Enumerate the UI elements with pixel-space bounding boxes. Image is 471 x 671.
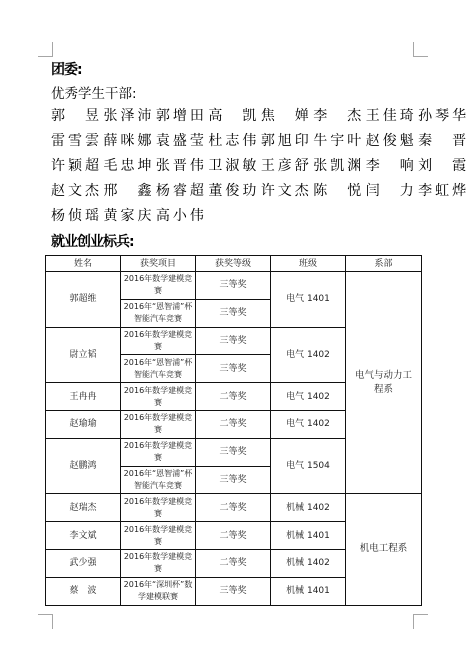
student-name: 李 响 xyxy=(366,155,414,177)
cell-class: 机械 1401 xyxy=(271,577,346,605)
student-name: 许文杰 xyxy=(261,180,309,202)
cell-project: 2016年数学建模竞赛 xyxy=(121,383,196,411)
cell-class: 机械 1402 xyxy=(271,494,346,522)
header-project: 获奖项目 xyxy=(121,256,196,272)
student-name: 郭增田 xyxy=(156,105,204,127)
student-name: 张凯渊 xyxy=(313,155,361,177)
cell-level: 三等奖 xyxy=(196,355,271,383)
cell-level: 二等奖 xyxy=(196,549,271,577)
cell-project: 2016年数学建模竞赛 xyxy=(121,327,196,355)
student-name: 高 凯 xyxy=(208,105,256,127)
student-name: 牛宇叶 xyxy=(313,130,361,152)
student-name: 袁盛莹 xyxy=(156,130,204,152)
student-name: 雷雪雲 xyxy=(51,130,99,152)
cell-project: 2016年“恩智浦”杯智能汽车竞赛 xyxy=(121,355,196,383)
student-name: 张晋伟 xyxy=(156,155,204,177)
student-name: 郭旭印 xyxy=(261,130,309,152)
cell-project: 2016年数学建模竞赛 xyxy=(121,272,196,300)
outstanding-cadres-list: 郭 昱 张泽沛 郭增田 高 凯 焦 婵 李 杰 王佳琦 孙琴华 雷雪雲 薛咪娜 … xyxy=(51,105,441,230)
corner-mark-bottom-right xyxy=(413,614,428,629)
cell-class: 机械 1402 xyxy=(271,549,346,577)
cell-level: 三等奖 xyxy=(196,272,271,300)
names-row: 赵文杰 邢 鑫 杨睿超 董俊玏 许文杰 陈 悦 闫 力 李虹烨 xyxy=(51,180,441,205)
cell-level: 二等奖 xyxy=(196,494,271,522)
names-row: 杨侦瑶 黄家庆 高小伟 xyxy=(51,205,441,230)
cell-project: 2016年“恩智浦”杯智能汽车竞赛 xyxy=(121,466,196,494)
awards-table: 姓名 获奖项目 获奖等级 班级 系部 郭超维 2016年数学建模竞赛 三等奖 电… xyxy=(45,255,422,606)
student-name: 张泽沛 xyxy=(103,105,151,127)
student-name: 邢 鑫 xyxy=(103,180,151,202)
header-class: 班级 xyxy=(271,256,346,272)
student-name: 郭 昱 xyxy=(51,105,99,127)
student-name: 陈 悦 xyxy=(313,180,361,202)
student-name: 黄家庆 xyxy=(103,205,151,227)
student-name: 毛忠坤 xyxy=(103,155,151,177)
cell-level: 二等奖 xyxy=(196,522,271,550)
student-name: 杜志伟 xyxy=(208,130,256,152)
cell-class: 电气 1504 xyxy=(271,438,346,494)
header-name: 姓名 xyxy=(46,256,121,272)
cell-name: 王冉冉 xyxy=(46,383,121,411)
cell-level: 三等奖 xyxy=(196,577,271,605)
student-name: 许颖超 xyxy=(51,155,99,177)
student-name: 杨侦瑶 xyxy=(51,205,99,227)
cell-level: 三等奖 xyxy=(196,327,271,355)
subsection-title: 优秀学生干部: xyxy=(51,85,137,103)
student-name: 闫 力 xyxy=(366,180,414,202)
names-row: 雷雪雲 薛咪娜 袁盛莹 杜志伟 郭旭印 牛宇叶 赵俊魁 秦 晋 xyxy=(51,130,441,155)
student-name: 赵文杰 xyxy=(51,180,99,202)
student-name: 焦 婵 xyxy=(261,105,309,127)
cell-name: 郭超维 xyxy=(46,272,121,328)
names-row: 郭 昱 张泽沛 郭增田 高 凯 焦 婵 李 杰 王佳琦 孙琴华 xyxy=(51,105,441,130)
cell-project: 2016年数学建模竞赛 xyxy=(121,522,196,550)
cell-class: 电气 1402 xyxy=(271,383,346,411)
section-title: 团委: xyxy=(51,61,82,79)
cell-class: 机械 1401 xyxy=(271,522,346,550)
student-name: 高小伟 xyxy=(156,205,204,227)
student-name: 刘 霞 xyxy=(418,155,466,177)
names-row: 许颖超 毛忠坤 张晋伟 卫淑敏 王彦舒 张凯渊 李 响 刘 霞 xyxy=(51,155,441,180)
table-row: 郭超维 2016年数学建模竞赛 三等奖 电气 1401 电气与动力工程系 xyxy=(46,272,422,300)
cell-project: 2016年数学建模竞赛 xyxy=(121,549,196,577)
corner-mark-top-right xyxy=(413,42,428,57)
cell-level: 二等奖 xyxy=(196,410,271,438)
table-header-row: 姓名 获奖项目 获奖等级 班级 系部 xyxy=(46,256,422,272)
student-name: 杨睿超 xyxy=(156,180,204,202)
cell-level: 三等奖 xyxy=(196,299,271,327)
cell-name: 武少强 xyxy=(46,549,121,577)
cell-level: 三等奖 xyxy=(196,466,271,494)
student-name: 王佳琦 xyxy=(366,105,414,127)
cell-level: 二等奖 xyxy=(196,383,271,411)
student-name: 卫淑敏 xyxy=(208,155,256,177)
cell-project: 2016年“深圳杯”数学建模联赛 xyxy=(121,577,196,605)
corner-mark-bottom-left xyxy=(38,614,53,629)
cell-class: 电气 1402 xyxy=(271,410,346,438)
cell-name: 赵瑜瑜 xyxy=(46,410,121,438)
header-level: 获奖等级 xyxy=(196,256,271,272)
cell-level: 三等奖 xyxy=(196,438,271,466)
student-name: 董俊玏 xyxy=(208,180,256,202)
cell-project: 2016年数学建模竞赛 xyxy=(121,494,196,522)
cell-name: 尉立韬 xyxy=(46,327,121,383)
student-name: 薛咪娜 xyxy=(103,130,151,152)
student-name: 李虹烨 xyxy=(418,180,466,202)
cell-class: 电气 1402 xyxy=(271,327,346,383)
cell-project: 2016年“恩智浦”杯智能汽车竞赛 xyxy=(121,299,196,327)
cell-name: 赵鹏鸿 xyxy=(46,438,121,494)
student-name: 孙琴华 xyxy=(418,105,466,127)
cell-class: 电气 1401 xyxy=(271,272,346,328)
cell-project: 2016年数学建模竞赛 xyxy=(121,438,196,466)
cell-dept: 机电工程系 xyxy=(346,494,422,605)
student-name: 赵俊魁 xyxy=(366,130,414,152)
table-row: 赵瑞杰 2016年数学建模竞赛 二等奖 机械 1402 机电工程系 xyxy=(46,494,422,522)
student-name: 秦 晋 xyxy=(418,130,466,152)
cell-name: 赵瑞杰 xyxy=(46,494,121,522)
student-name: 王彦舒 xyxy=(261,155,309,177)
cell-name: 李文斌 xyxy=(46,522,121,550)
cell-project: 2016年数学建模竞赛 xyxy=(121,410,196,438)
cell-name: 蔡 波 xyxy=(46,577,121,605)
cell-dept: 电气与动力工程系 xyxy=(346,272,422,494)
employment-section-title: 就业创业标兵: xyxy=(51,233,134,251)
student-name: 李 杰 xyxy=(313,105,361,127)
header-dept: 系部 xyxy=(346,256,422,272)
corner-mark-top-left xyxy=(38,42,53,57)
